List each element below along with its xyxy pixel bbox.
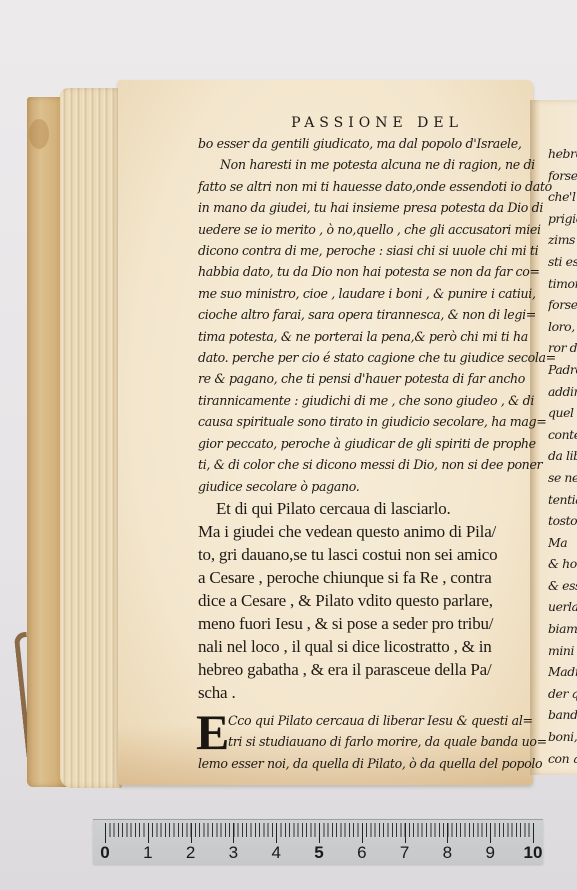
facing-text-line: biamo [548, 618, 577, 640]
facing-text-line: & hom [548, 553, 577, 575]
text-line: Ma i giudei che vedean questo animo di P… [198, 520, 528, 543]
text-line: Et di qui Pilato cercaua di lasciarlo. [198, 497, 528, 520]
dropcap-paragraph: E Cco qui Pilato cercaua di liberar Iesu… [198, 710, 528, 774]
text-line: gior peccato, peroche à giudicar de gli … [198, 433, 528, 454]
facing-text-line: da libe [548, 445, 577, 467]
text-line: bo esser da gentili giudicato, ma dal po… [198, 133, 528, 154]
ruler-label: 8 [435, 843, 459, 863]
roman-gospel-text: Et di qui Pilato cercaua di lasciarlo.Ma… [198, 497, 528, 704]
text-line: dicono contra di me, peroche : siasi chi… [198, 240, 528, 261]
page-stack-edges [60, 88, 122, 788]
text-line: dato. perche per cio é stato cagione che… [198, 347, 528, 368]
facing-text-line: conten [548, 424, 577, 446]
facing-text-line: mini m [548, 640, 577, 662]
facing-text-line: zims si c [548, 229, 577, 251]
text-line: fatto se altri non mi ti hauesse dato,on… [198, 176, 528, 197]
text-line: tima potesta, & ne porterai la pena,& pe… [198, 326, 528, 347]
ruler-label: 9 [478, 843, 502, 863]
facing-text-line: che'l pop [548, 186, 577, 208]
italic-commentary: bo esser da gentili giudicato, ma dal po… [198, 133, 528, 497]
cover-stain [29, 119, 49, 149]
ruler-major-tick [533, 823, 534, 843]
ruler-major-tick [276, 823, 277, 843]
facing-text-line: uerla: [548, 596, 577, 618]
text-line: me suo ministro, cioe , laudare i boni ,… [198, 283, 528, 304]
text-line: tri si studiauano di farlo morire, da qu… [198, 731, 528, 752]
text-line: Cco qui Pilato cercaua di liberar Iesu &… [198, 710, 528, 731]
ruler-label: 7 [393, 843, 417, 863]
facing-text-line: & esso [548, 575, 577, 597]
text-line: tirannicamente : giudichi di me , che so… [198, 390, 528, 411]
ruler-major-tick [105, 823, 106, 843]
facing-text-line: timor de [548, 273, 577, 295]
facing-text-line: Padre c [548, 359, 577, 381]
running-head: PASSIONE DEL [198, 115, 528, 131]
ruler-major-tick [191, 823, 192, 843]
facing-text-line: addima [548, 381, 577, 403]
facing-text-line: tosto c [548, 510, 577, 532]
facing-text-line: Madre [548, 661, 577, 683]
text-line: nali nel loco , il qual si dice licostra… [198, 635, 528, 658]
scale-ruler: 012345678910 [93, 819, 543, 864]
ruler-major-tick [233, 823, 234, 843]
facing-text-line: ror del [548, 337, 577, 359]
ruler-major-tick [319, 823, 320, 843]
text-line: Non haresti in me potesta alcuna ne di r… [198, 154, 528, 175]
facing-text-line: der qu [548, 683, 577, 705]
text-line: a Cesare , peroche chiunque si fa Re , c… [198, 566, 528, 589]
facing-text-line: Ma [548, 532, 577, 554]
dropcap-letter: E [196, 710, 229, 754]
facing-page-text: hebreoforse boche'l popprigionizims si c… [548, 143, 577, 769]
ruler-label: 3 [221, 843, 245, 863]
text-line: causa spirituale sono tirato in giudicio… [198, 411, 528, 432]
ruler-major-tick [447, 823, 448, 843]
facing-text-line: prigioni [548, 208, 577, 230]
facing-text-line: hebreo [548, 143, 577, 165]
facing-text-line: boni, [548, 726, 577, 748]
text-line: scha . [198, 681, 528, 704]
page-text: PASSIONE DEL bo esser da gentili giudica… [198, 115, 528, 774]
facing-text-line: forse bo [548, 165, 577, 187]
facing-text-line: forse tra [548, 294, 577, 316]
ruler-major-tick [490, 823, 491, 843]
text-line: in mano da giudei, tu hai insieme presa … [198, 197, 528, 218]
text-line: uedere se io merito , ò no,quello , che … [198, 219, 528, 240]
facing-text-line: quel ch [548, 402, 577, 424]
text-line: habbia dato, tu da Dio non hai potesta s… [198, 261, 528, 282]
ruler-major-tick [148, 823, 149, 843]
ruler-label: 1 [136, 843, 160, 863]
ruler-label: 4 [264, 843, 288, 863]
facing-text-line: tentian [548, 489, 577, 511]
text-line: re & pagano, che ti pensi d'hauer potest… [198, 368, 528, 389]
text-line: giudice secolare ò pagano. [198, 476, 528, 497]
ruler-label: 0 [93, 843, 117, 863]
ruler-label: 2 [179, 843, 203, 863]
facing-text-line: banda [548, 704, 577, 726]
text-line: dice a Cesare , & Pilato vdito questo pa… [198, 589, 528, 612]
facing-text-line: con q [548, 748, 577, 770]
text-line: meno fuori Iesu , & si pose a seder pro … [198, 612, 528, 635]
text-line: to, gri dauano,se tu lasci costui non se… [198, 543, 528, 566]
facing-text-line: se ne s [548, 467, 577, 489]
text-line: lemo esser noi, da quella di Pilato, ò d… [198, 753, 528, 774]
text-line: ti, & di color che si dicono messi di Di… [198, 454, 528, 475]
facing-text-line: loro, ò p [548, 316, 577, 338]
ruler-label: 5 [307, 843, 331, 863]
text-line: cioche altro farai, sara opera tirannesc… [198, 304, 528, 325]
ruler-major-tick [405, 823, 406, 843]
facing-text-line: sti essi n [548, 251, 577, 273]
ruler-label: 6 [350, 843, 374, 863]
text-line: hebreo gabatha , & era il parasceue dell… [198, 658, 528, 681]
ruler-label: 10 [521, 843, 545, 863]
ruler-major-tick [362, 823, 363, 843]
